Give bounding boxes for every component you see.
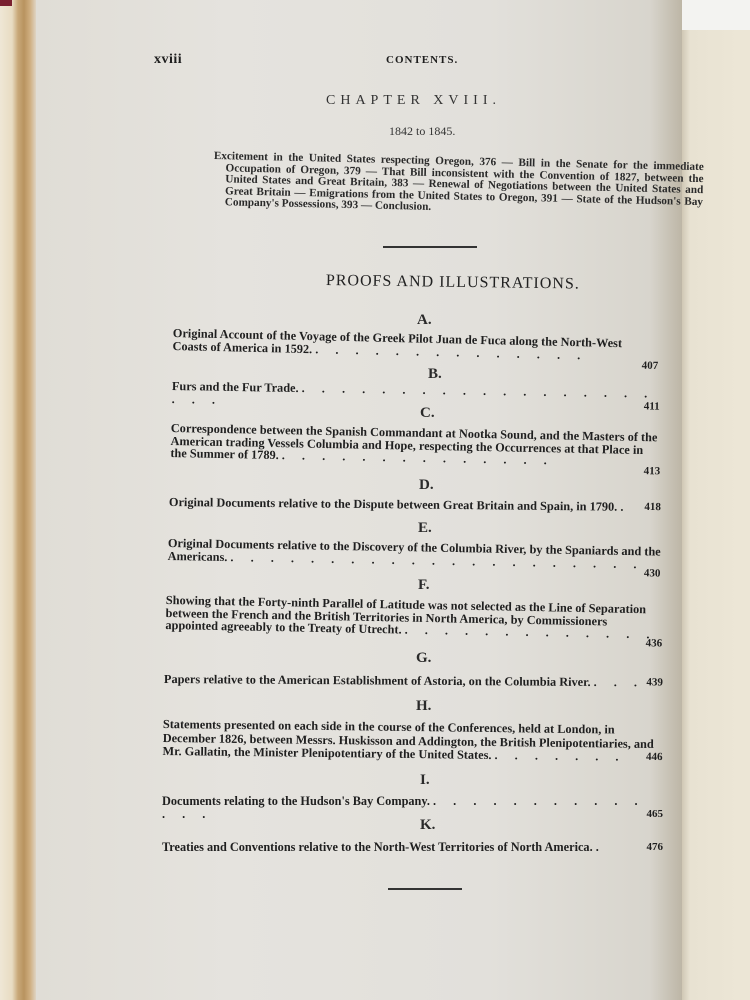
toc-entry[interactable]: Furs and the Fur Trade. . . . . . . . . … bbox=[172, 380, 660, 413]
entry-letter: B. bbox=[428, 366, 442, 383]
entry-page: 465 bbox=[647, 808, 664, 821]
book-cover-corner bbox=[0, 0, 12, 6]
toc-entry[interactable]: Documents relating to the Hudson's Bay C… bbox=[162, 795, 663, 820]
entry-letter: K. bbox=[420, 817, 435, 834]
entry-letter: A. bbox=[417, 312, 432, 329]
toc-entry[interactable]: Original Documents relative to the Disco… bbox=[168, 537, 661, 571]
book-page: xviii CONTENTS. CHAPTER XVIII. 1842 to 1… bbox=[36, 0, 682, 1000]
entry-text: Original Documents relative to the Dispu… bbox=[169, 495, 618, 514]
entry-page: 413 bbox=[644, 465, 661, 478]
divider-rule bbox=[383, 246, 477, 248]
end-rule bbox=[388, 888, 462, 890]
chapter-synopsis: Excitement in the United States respecti… bbox=[213, 151, 704, 220]
leader-dots: . . . bbox=[594, 675, 644, 689]
running-head: xviii CONTENTS. bbox=[36, 52, 682, 72]
toc-entry[interactable]: Showing that the Forty-ninth Parallel of… bbox=[165, 594, 663, 641]
leader-dots: . . . . . . . . . . . . . bbox=[405, 623, 657, 642]
toc-entry[interactable]: Correspondence between the Spanish Comma… bbox=[170, 422, 661, 469]
page-number: xviii bbox=[154, 52, 182, 68]
toc-entry[interactable]: Papers relative to the American Establis… bbox=[164, 673, 663, 689]
entry-letter: E. bbox=[418, 520, 432, 537]
entry-page: 476 bbox=[647, 841, 664, 854]
leader-dots: . bbox=[596, 840, 606, 854]
entry-page: 439 bbox=[646, 676, 663, 689]
entry-page: 411 bbox=[644, 400, 660, 413]
entry-page: 436 bbox=[646, 637, 663, 650]
toc-entry[interactable]: Treaties and Conventions relative to the… bbox=[162, 841, 663, 854]
entry-letter: G. bbox=[416, 650, 431, 667]
leader-dots: . . . . . . . bbox=[494, 748, 625, 764]
running-title: CONTENTS. bbox=[386, 54, 458, 66]
entry-page: 418 bbox=[644, 501, 661, 514]
entry-page: 430 bbox=[644, 567, 661, 580]
entry-letter: F. bbox=[418, 577, 430, 594]
toc-entry[interactable]: Statements presented on each side in the… bbox=[163, 718, 663, 765]
entry-page: 407 bbox=[642, 359, 659, 372]
entry-letter: D. bbox=[419, 477, 434, 494]
chapter-years: 1842 to 1845. bbox=[389, 124, 455, 139]
entry-letter: C. bbox=[420, 405, 435, 422]
entry-page: 446 bbox=[646, 751, 663, 765]
chapter-title: CHAPTER XVIII. bbox=[326, 93, 501, 109]
entry-letter: H. bbox=[416, 698, 431, 715]
entry-letter: I. bbox=[420, 772, 430, 789]
toc-entry[interactable]: Original Documents relative to the Dispu… bbox=[169, 496, 661, 514]
entry-text: Treaties and Conventions relative to the… bbox=[162, 840, 593, 854]
entry-text: Papers relative to the American Establis… bbox=[164, 672, 591, 689]
section-heading: PROOFS AND ILLUSTRATIONS. bbox=[326, 272, 580, 294]
leader-dots: . bbox=[620, 500, 630, 514]
book-spine-edge bbox=[0, 0, 40, 1000]
toc-entry[interactable]: Original Account of the Voyage of the Gr… bbox=[172, 327, 658, 363]
